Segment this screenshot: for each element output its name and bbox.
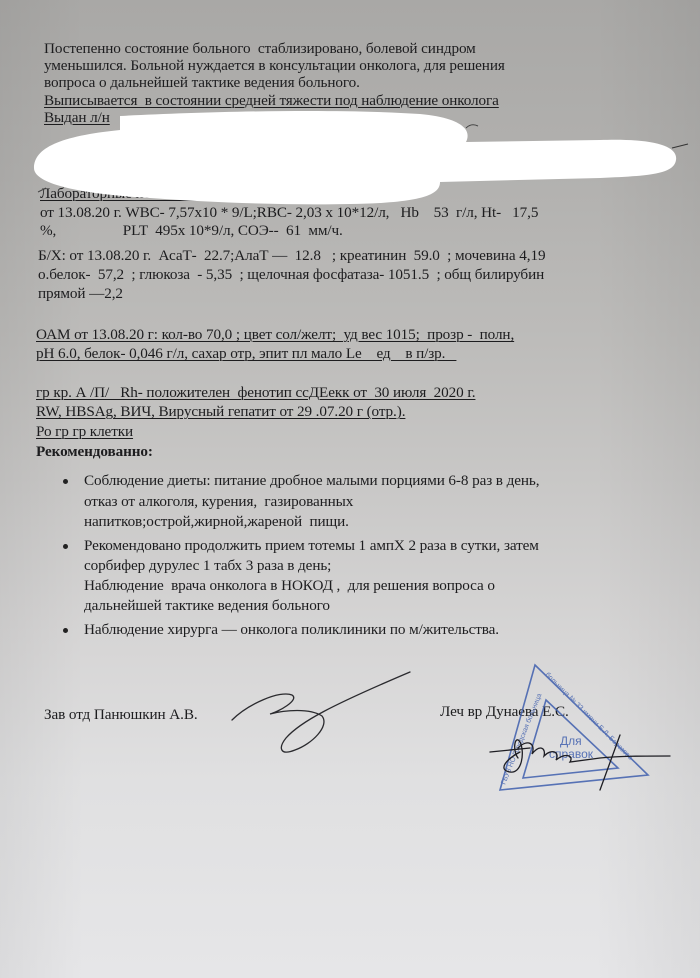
- recommendation-1-line-1: Соблюдение диеты: питание дробное малыми…: [84, 472, 539, 489]
- recommendation-1-line-2: отказ от алкоголя, курения, газированных: [84, 493, 353, 510]
- biochem-line-3: прямой —2,2: [38, 285, 123, 302]
- blood-group-line-1: гр кр. А /П/ Rh- положителен фенотип ссД…: [36, 384, 475, 401]
- lab-heading: Лабораторные показатели.: [40, 185, 209, 202]
- bullet-icon: [63, 544, 68, 549]
- urine-line-1: ОАМ от 13.08.20 г: кол-во 70,0 ; цвет со…: [36, 326, 514, 343]
- blood-group-line-2: RW, HBSAg, ВИЧ, Вирусный гепатит от 29 .…: [36, 403, 405, 420]
- bullet-icon: [63, 628, 68, 633]
- recommendation-2-line-3: Наблюдение врача онколога в НОКОД , для …: [84, 577, 495, 594]
- intro-line-3: вопроса о дальнейшей тактике ведения бол…: [44, 74, 360, 91]
- intro-line-2: уменьшился. Больной нуждается в консульт…: [44, 57, 505, 74]
- biochem-line-2: о.белок- 57,2 ; глюкоза - 5,35 ; щелочна…: [38, 266, 544, 283]
- urine-line-2: pH 6.0, белок- 0,046 г/л, сахар отр, эпи…: [36, 345, 456, 362]
- recommendation-2-line-1: Рекомендовано продолжить прием тотемы 1 …: [84, 537, 539, 554]
- sick-leave-label: Выдан л/н: [44, 109, 110, 126]
- cbc-line-1: от 13.08.20 г. WBC- 7,57x10 * 9/L;RBC- 2…: [40, 204, 538, 221]
- recommendations-heading: Рекомендованно:: [36, 443, 153, 460]
- bullet-icon: [63, 479, 68, 484]
- medical-discharge-document: Постепенно состояние больного стаблизиро…: [0, 0, 700, 978]
- recommendation-2-line-2: сорбифер дурулес 1 табх 3 раза в день;: [84, 557, 331, 574]
- cbc-line-2: %, PLT 495x 10*9/л, СОЭ-- 61 мм/ч.: [40, 222, 343, 239]
- recommendation-2-line-4: дальнейшей тактике ведения больного: [84, 597, 330, 614]
- attending-physician-label: Леч вр Дунаева Е.С.: [440, 703, 569, 720]
- recommendation-1-line-3: напитков;острой,жирной,жареной пищи.: [84, 513, 349, 530]
- head-of-department-label: Зав отд Панюшкин А.В.: [44, 706, 198, 723]
- biochem-line-1: Б/Х: от 13.08.20 г. АсаТ- 22.7;АлаТ — 12…: [38, 247, 545, 264]
- recommendation-3-line-1: Наблюдение хирурга — онколога поликлиник…: [84, 621, 499, 638]
- blood-group-line-3: Ро гр гр клетки: [36, 423, 133, 440]
- discharge-status: Выписывается в состоянии средней тяжести…: [44, 92, 499, 109]
- intro-line-1: Постепенно состояние больного стаблизиро…: [44, 40, 476, 57]
